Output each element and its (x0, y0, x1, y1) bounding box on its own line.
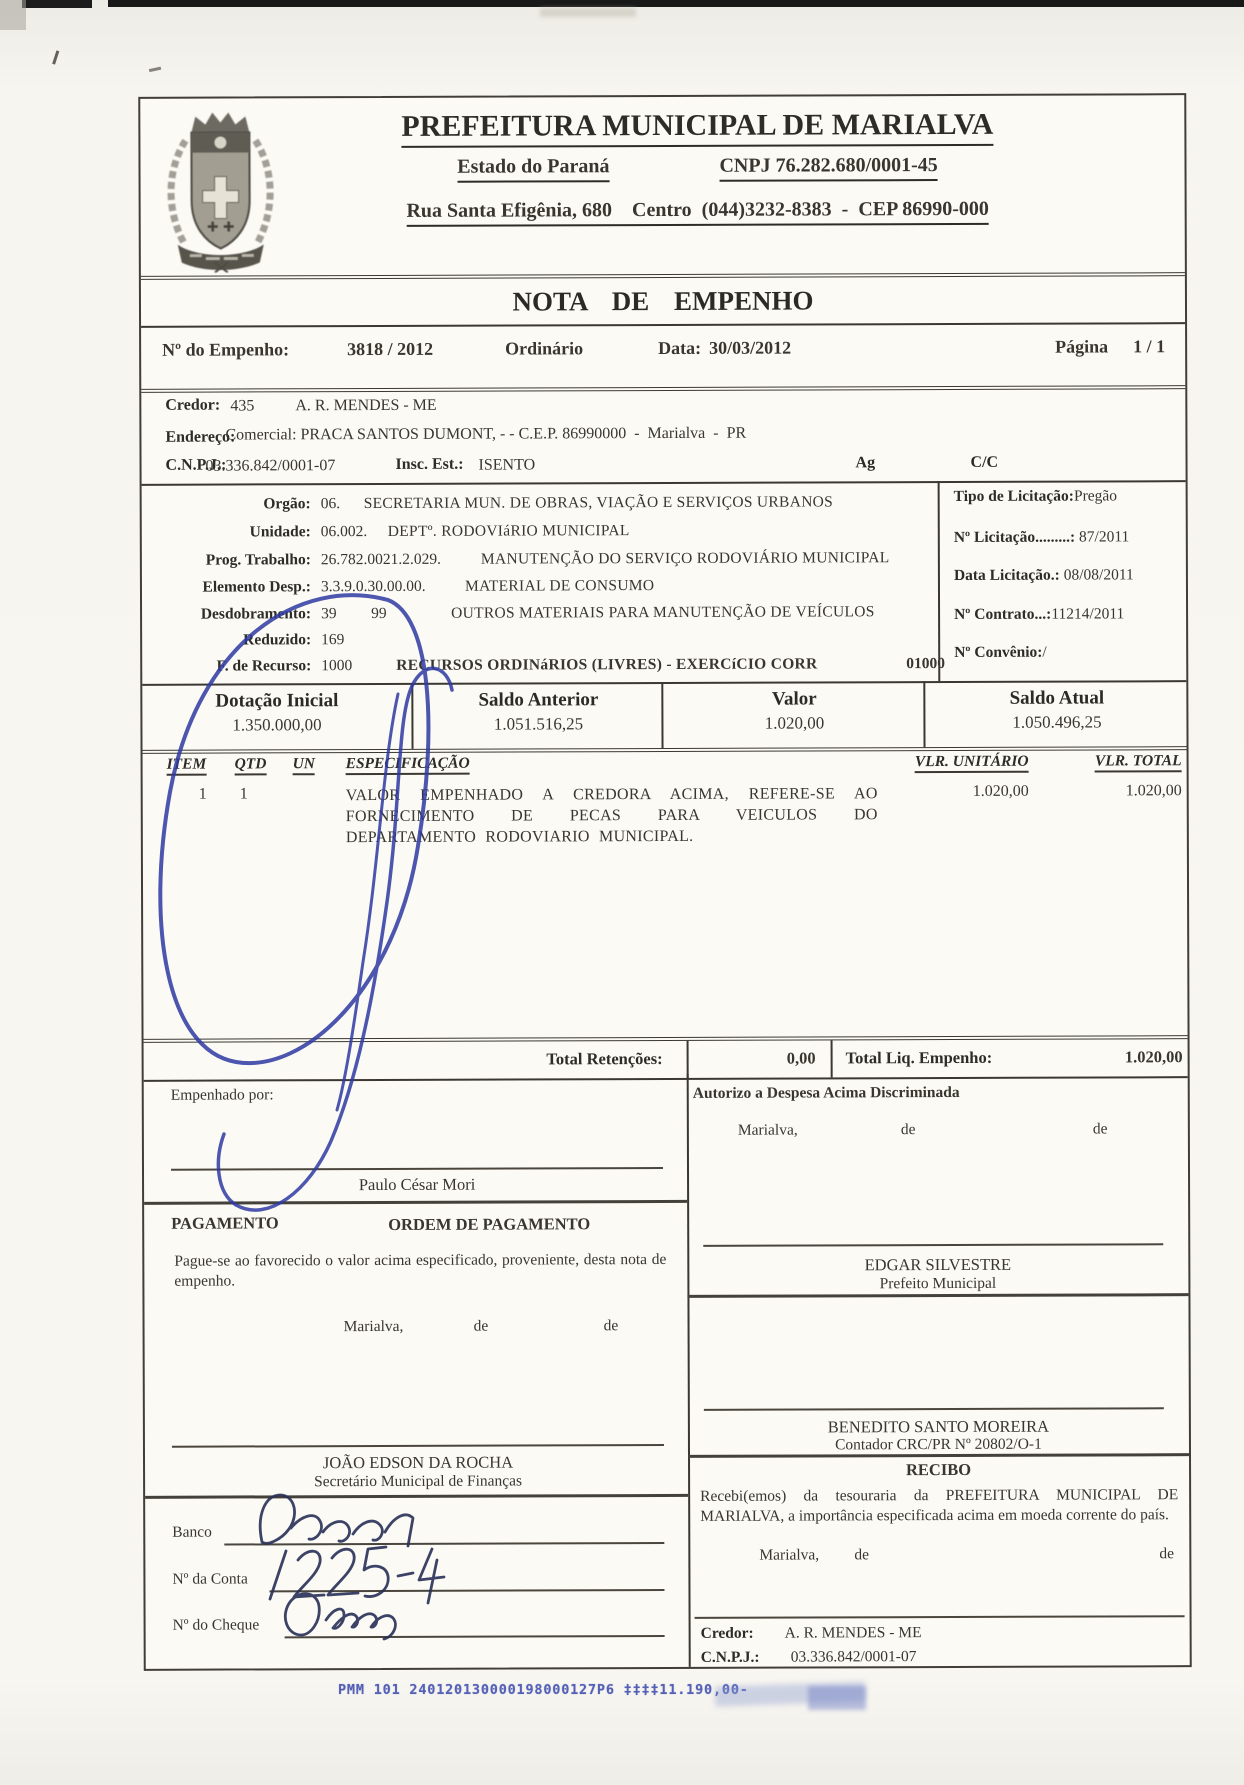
city-date-city: Marialva, (344, 1318, 404, 1336)
processing-stamp-text: PMM 101 240120130000198000127P6 ‡‡‡‡11.1… (338, 1682, 749, 1698)
page-indicator-value: 1 / 1 (1133, 336, 1165, 357)
scan-smudge (540, 8, 636, 17)
empenho-number-value: 3818 / 2012 (347, 339, 433, 360)
scan-mark (147, 57, 161, 72)
address-line: Rua Santa Efigênia, 680 Centro (044)3232… (291, 197, 1105, 227)
signature-line (171, 1167, 663, 1171)
receipt-cnpj-label: C.N.P.J.: (701, 1649, 760, 1667)
budget-row-fonte-recurso: F. de Recurso: 1000 RECURSOS ORDINáRIOS … (142, 655, 938, 682)
scan-edge-artifact (22, 0, 92, 8)
item-row: 1 1 VALOR EMPENHADO A CREDORA ACIMA, REF… (143, 782, 1187, 786)
state-registration-value: ISENTO (479, 456, 536, 474)
state-registration-label: Insc. Est.: (396, 456, 464, 474)
cheque-number-label: Nº do Cheque (173, 1616, 260, 1634)
bank-entry-line[interactable] (224, 1542, 664, 1546)
budget-row-reduzido: Reduzido: 169 (142, 629, 938, 656)
account-entry-line[interactable] (269, 1589, 664, 1592)
contract-number-row: Nº Contrato...:11214/2011 (954, 605, 1124, 624)
allocation-col-inicial: Dotação Inicial 1.350.000,00 (142, 683, 411, 750)
receipt-text: Recebi(emos) da tesouraria da PREFEITURA… (700, 1485, 1178, 1527)
empenho-number-row: Nº do Empenho: 3818 / 2012 Ordinário Dat… (141, 318, 1185, 393)
divider (687, 1293, 1188, 1297)
finance-secretary-name: JOÃO EDSON DA ROCHA (172, 1452, 664, 1474)
item-total-value: 1.020,00 (1062, 782, 1182, 800)
state-label: Estado do Paraná (457, 155, 609, 183)
creditor-code: 435 (230, 397, 254, 415)
payment-section-title: PAGAMENTO (171, 1213, 279, 1233)
signature-line (172, 1444, 664, 1448)
municipality-cnpj: CNPJ 76.282.680/0001-45 (719, 154, 937, 182)
receipt-cnpj-value: 03.336.842/0001-07 (791, 1648, 917, 1666)
qty-col-header: QTD (235, 755, 267, 773)
accountant-role: Contador CRC/PR Nº 20802/O-1 (688, 1435, 1189, 1455)
payment-order-text: Pague-se ao favorecido o valor acima esp… (174, 1250, 666, 1292)
item-col-header: ITEM (167, 756, 207, 774)
creditor-label: Credor: (165, 397, 220, 415)
scan-mark (52, 50, 69, 67)
divider (145, 1494, 688, 1498)
signature-line (704, 1407, 1164, 1411)
finance-secretary-role: Secretário Municipal de Finanças (172, 1472, 664, 1492)
account-label: C/C (971, 454, 999, 472)
spec-col-header: ESPECIFICAÇÃO (346, 755, 470, 773)
receipt-creditor-name: A. R. MENDES - ME (785, 1624, 922, 1642)
scanned-nota-de-empenho-page: PREFEITURA MUNICIPAL DE MARIALVA Estado … (0, 0, 1244, 1785)
agreement-number-row: Nº Convênio:/ (954, 644, 1047, 662)
signature-line (703, 1243, 1163, 1247)
payment-order-title: ORDEM DE PAGAMENTO (324, 1214, 654, 1235)
scan-edge-artifact (108, 0, 1244, 7)
budget-row-elemento: Elemento Desp.: 3.3.9.0.30.00.00. MATERI… (142, 576, 938, 603)
city-date-de: de (854, 1546, 869, 1564)
bidding-info-column: Tipo de Licitação:Pregão Nº Licitação...… (938, 480, 1189, 681)
mayor-role: Prefeito Municipal (687, 1274, 1188, 1294)
authorization-title: Autorizo a Despesa Acima Discriminada (693, 1084, 960, 1103)
mayor-name: EDGAR SILVESTRE (687, 1254, 1188, 1276)
allocation-col-saldo-anterior: Saldo Anterior 1.051.516,25 (411, 682, 663, 749)
allocation-table: Dotação Inicial 1.350.000,00 Saldo Anter… (142, 680, 1186, 754)
city-date-city: Marialva, (759, 1546, 819, 1564)
finance-officer-name: Paulo César Mori (171, 1174, 663, 1196)
bank-label: Banco (172, 1524, 212, 1542)
nota-de-empenho-form: PREFEITURA MUNICIPAL DE MARIALVA Estado … (138, 93, 1191, 1671)
creditor-cnpj: 03.336.842/0001-07 (206, 457, 336, 475)
retentions-value: 0,00 (704, 1048, 816, 1068)
divider (688, 1453, 1189, 1457)
divider (687, 1041, 689, 1078)
municipal-coat-of-arms-icon (155, 104, 286, 272)
creditor-block: Credor: 435 A. R. MENDES - ME Endereço: … (141, 385, 1185, 486)
item-qty: 1 (240, 785, 248, 803)
allocation-col-valor: Valor 1.020,00 (661, 681, 925, 748)
empenho-date-value: 30/03/2012 (709, 338, 791, 359)
receipt-creditor-label: Credor: (701, 1625, 754, 1643)
city-date-de: de (474, 1318, 489, 1336)
total-value-col-header: VLR. TOTAL (1062, 752, 1182, 770)
item-unit-value: 1.020,00 (899, 783, 1029, 801)
receipt-title: RECIBO (688, 1459, 1189, 1481)
bidding-date-row: Data Licitação.: 08/08/2011 (954, 566, 1134, 585)
city-date-de: de (901, 1121, 916, 1139)
budget-row-desdobramento: Desdobramento: 39 99 OUTROS MATERIAIS PA… (142, 603, 938, 630)
unit-value-col-header: VLR. UNITÁRIO (899, 753, 1029, 771)
unit-col-header: UN (293, 755, 315, 773)
city-date-de: de (1159, 1545, 1174, 1563)
item-description: VALOR EMPENHADO A CREDORA ACIMA, REFERE-… (346, 783, 878, 848)
divider (144, 1200, 687, 1204)
retentions-label: Total Retenções: (344, 1049, 663, 1070)
signature-line (695, 1615, 1185, 1619)
creditor-address: Comercial: PRACA SANTOS DUMONT, - - C.E.… (225, 425, 746, 445)
committed-by-label: Empenhado por: (171, 1086, 274, 1104)
divider (831, 1040, 833, 1077)
city-date-de: de (1093, 1120, 1108, 1138)
net-total-value: 1.020,00 (1073, 1047, 1183, 1067)
ink-smudge (808, 1686, 866, 1710)
empenho-modality: Ordinário (505, 338, 583, 359)
city-date-de: de (604, 1317, 619, 1335)
scan-smudge (0, 0, 26, 30)
allocation-col-saldo-atual: Saldo Atual 1.050.496,25 (923, 680, 1188, 747)
budget-row-prog-trabalho: Prog. Trabalho: 26.782.0021.2.029. MANUT… (142, 549, 938, 576)
budget-row-unidade: Unidade: 06.002. DEPTº. RODOVIáRIO MUNIC… (142, 521, 938, 548)
bidding-number-row: Nº Licitação.........: 87/2011 (954, 528, 1130, 547)
empenho-number-label: Nº do Empenho: (162, 339, 289, 360)
bidding-type-row: Tipo de Licitação:Pregão (954, 487, 1117, 506)
totals-row: Total Retenções: 0,00 Total Liq. Empenho… (144, 1035, 1188, 1082)
creditor-name: A. R. MENDES - ME (295, 397, 436, 415)
page-indicator-label: Página (1055, 336, 1108, 357)
budget-row-orgao: Orgão: 06. SECRETARIA MUN. DE OBRAS, VIA… (142, 493, 938, 520)
city-date-city: Marialva, (738, 1122, 798, 1140)
empenho-date-label: Data: (658, 338, 701, 359)
municipality-title: PREFEITURA MUNICIPAL DE MARIALVA (290, 107, 1104, 148)
cheque-entry-line[interactable] (285, 1635, 665, 1638)
account-number-label: Nº da Conta (172, 1570, 247, 1588)
agency-label: Ag (856, 454, 876, 472)
divider (687, 1074, 691, 1667)
item-number: 1 (199, 786, 207, 804)
form-header: PREFEITURA MUNICIPAL DE MARIALVA Estado … (140, 95, 1185, 276)
state-and-cnpj-line: Estado do ParanáCNPJ 76.282.680/0001-45 (290, 153, 1104, 183)
net-total-label: Total Liq. Empenho: (846, 1048, 993, 1069)
